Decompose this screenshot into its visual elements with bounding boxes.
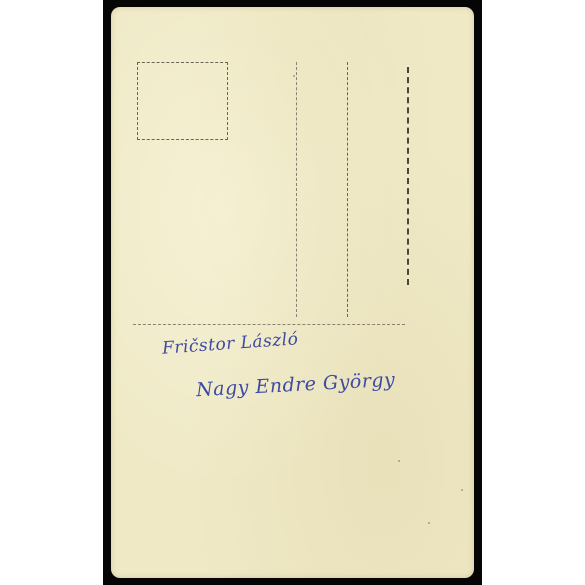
divider-line-1: [296, 62, 297, 317]
divider-line-2: [347, 62, 348, 317]
paper-speck: [398, 460, 400, 462]
stamp-box: [137, 62, 228, 140]
paper-speck: [428, 522, 430, 524]
address-line: [407, 67, 409, 285]
paper-speck: [461, 489, 463, 491]
horizontal-divider: [133, 324, 405, 325]
paper-speck: [293, 75, 295, 77]
